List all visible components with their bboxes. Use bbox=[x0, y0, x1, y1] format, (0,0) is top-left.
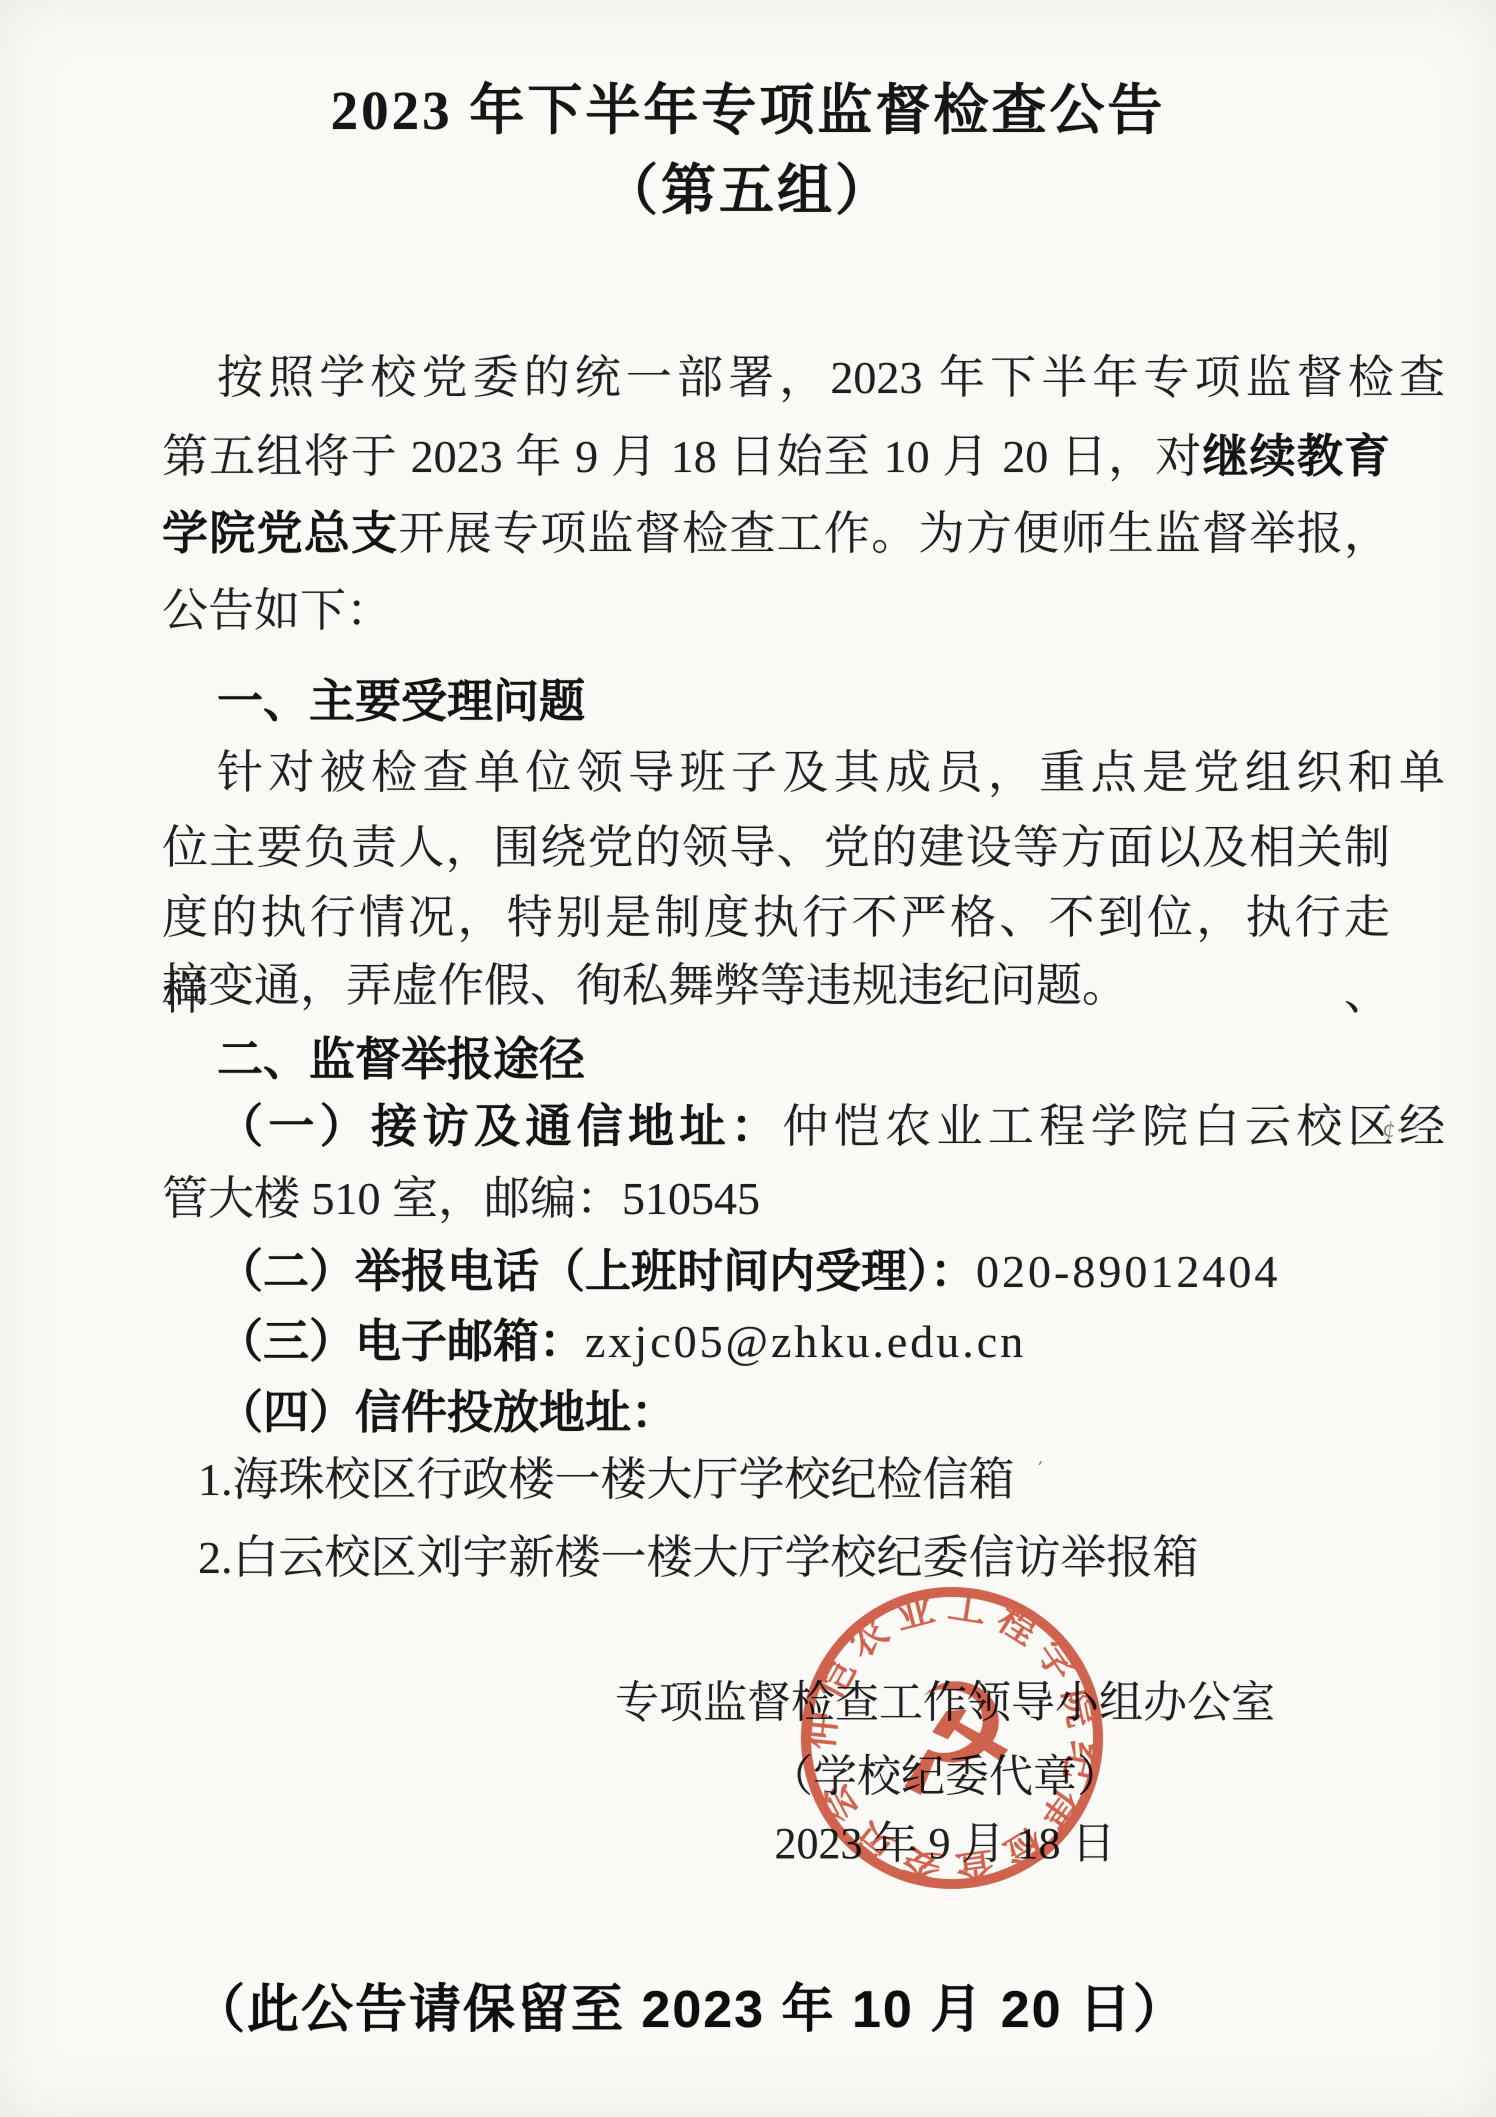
section2-item2-label: （二）举报电话（上班时间内受理）： bbox=[217, 1246, 976, 1297]
document-title-line1: 2023 年下半年专项监督检查公告 bbox=[0, 66, 1496, 145]
scan-artifact: ¢· bbox=[1380, 1117, 1404, 1145]
official-red-seal: 仲恺农业工程学院纪律检查委员会 ☭ bbox=[771, 1557, 1132, 1918]
section2-item4-sub2: 2.白云校区刘宇新楼一楼大厅学校纪委信访举报箱 bbox=[162, 1520, 1426, 1596]
intro-line-4: 公告如下： bbox=[162, 573, 1390, 649]
intro-line-3: 学院党总支开展专项监督检查工作。为方便师生监督举报， bbox=[162, 495, 1390, 572]
seal-graphic: 仲恺农业工程学院纪律检查委员会 ☭ bbox=[771, 1557, 1132, 1918]
intro-line-1-text: 按照学校党委的统一部署，2023 年下半年专项监督检查 bbox=[217, 352, 1445, 403]
section2-item2-phone: 020-89012404 bbox=[976, 1246, 1280, 1297]
section2-item3-label: （三）电子邮箱： bbox=[217, 1316, 585, 1367]
section2-item1: （一）接访及通信地址：仲恺农业工程学院白云校区经 bbox=[162, 1089, 1445, 1165]
intro-line-3-text: 开展专项监督检查工作。为方便师生监督举报， bbox=[398, 508, 1390, 559]
section2-item3-email: zxjc05@zhku.edu.cn bbox=[585, 1316, 1026, 1367]
intro-line-2-text: 第五组将于 2023 年 9 月 18 日始至 10 月 20 日，对 bbox=[162, 431, 1202, 482]
section2-item4-label: （四）信件投放地址： bbox=[217, 1387, 677, 1438]
section1-line-4: 搞变通，弄虚作假、徇私舞弊等违规违纪问题。 bbox=[162, 948, 1390, 1024]
section2-item1-continuation: 管大楼 510 室，邮编：510545 bbox=[162, 1161, 1390, 1237]
hammer-sickle-emblem-icon: ☭ bbox=[874, 1645, 1029, 1834]
section2-item4: （四）信件投放地址： bbox=[162, 1375, 1445, 1451]
section2-item1-label: （一）接访及通信地址： bbox=[217, 1101, 782, 1152]
intro-line-4-text: 公告如下： bbox=[162, 585, 392, 636]
section2-item4-sub1: 1.海珠校区行政楼一楼大厅学校纪检信箱 bbox=[162, 1442, 1426, 1518]
section2-item3: （三）电子邮箱：zxjc05@zhku.edu.cn bbox=[162, 1304, 1445, 1380]
intro-line-2: 第五组将于 2023 年 9 月 18 日始至 10 月 20 日，对继续教育 bbox=[162, 418, 1390, 495]
document-title-line2: （第五组） bbox=[0, 146, 1496, 225]
section1-heading: 一、主要受理问题 bbox=[162, 663, 1445, 739]
section2-item2: （二）举报电话（上班时间内受理）：020-89012404 bbox=[162, 1234, 1445, 1310]
intro-line-2-bold-org: 继续教育 bbox=[1202, 430, 1390, 482]
section1-line-2: 位主要负责人，围绕党的领导、党的建设等方面以及相关制 bbox=[162, 810, 1390, 886]
section2-heading: 二、监督举报途径 bbox=[162, 1021, 1445, 1097]
retention-note: （此公告请保留至 2023 年 10 月 20 日） bbox=[0, 1978, 1380, 2042]
section1-line-1: 针对被检查单位领导班子及其成员，重点是党组织和单 bbox=[162, 735, 1445, 811]
intro-line-1: 按照学校党委的统一部署，2023 年下半年专项监督检查 bbox=[162, 340, 1445, 416]
intro-line-3-bold-org: 学院党总支 bbox=[162, 507, 398, 559]
scanned-announcement-page: 2023 年下半年专项监督检查公告 （第五组） 按照学校党委的统一部署，2023… bbox=[0, 0, 1496, 2117]
section2-item1-value: 仲恺农业工程学院白云校区经 bbox=[782, 1101, 1445, 1152]
